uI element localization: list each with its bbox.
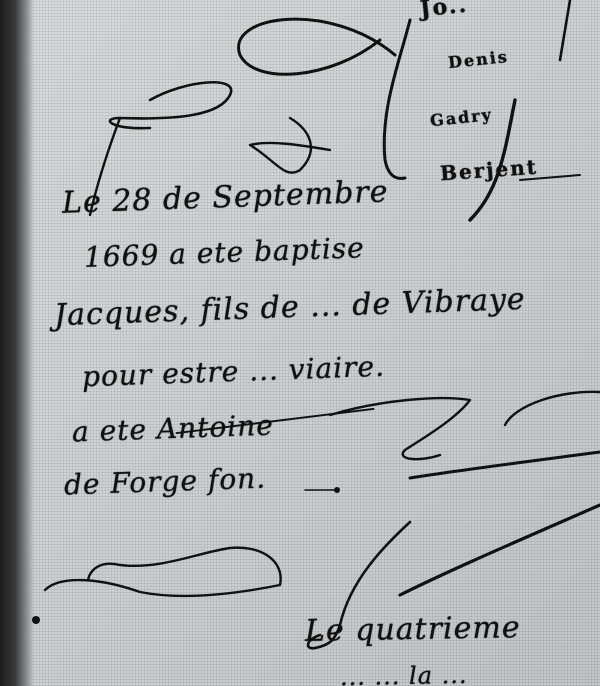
entry-godparent-line: a ete Antoine <box>71 408 274 448</box>
entry-place-line: de Forge fon. <box>63 461 266 501</box>
flourish-top-loop <box>239 19 395 74</box>
next-entry-heading: Le quatrieme <box>305 610 521 649</box>
flourish-paraph <box>110 82 231 128</box>
document-page: Jo.. Denis Gadry Berjent Le 28 de Septem… <box>0 0 600 686</box>
ink-flourishes <box>0 0 600 686</box>
next-entry-line-2: ... ... la ... <box>340 661 468 686</box>
flourish-right-s <box>330 398 470 459</box>
flourish-lower-loop <box>45 548 281 596</box>
